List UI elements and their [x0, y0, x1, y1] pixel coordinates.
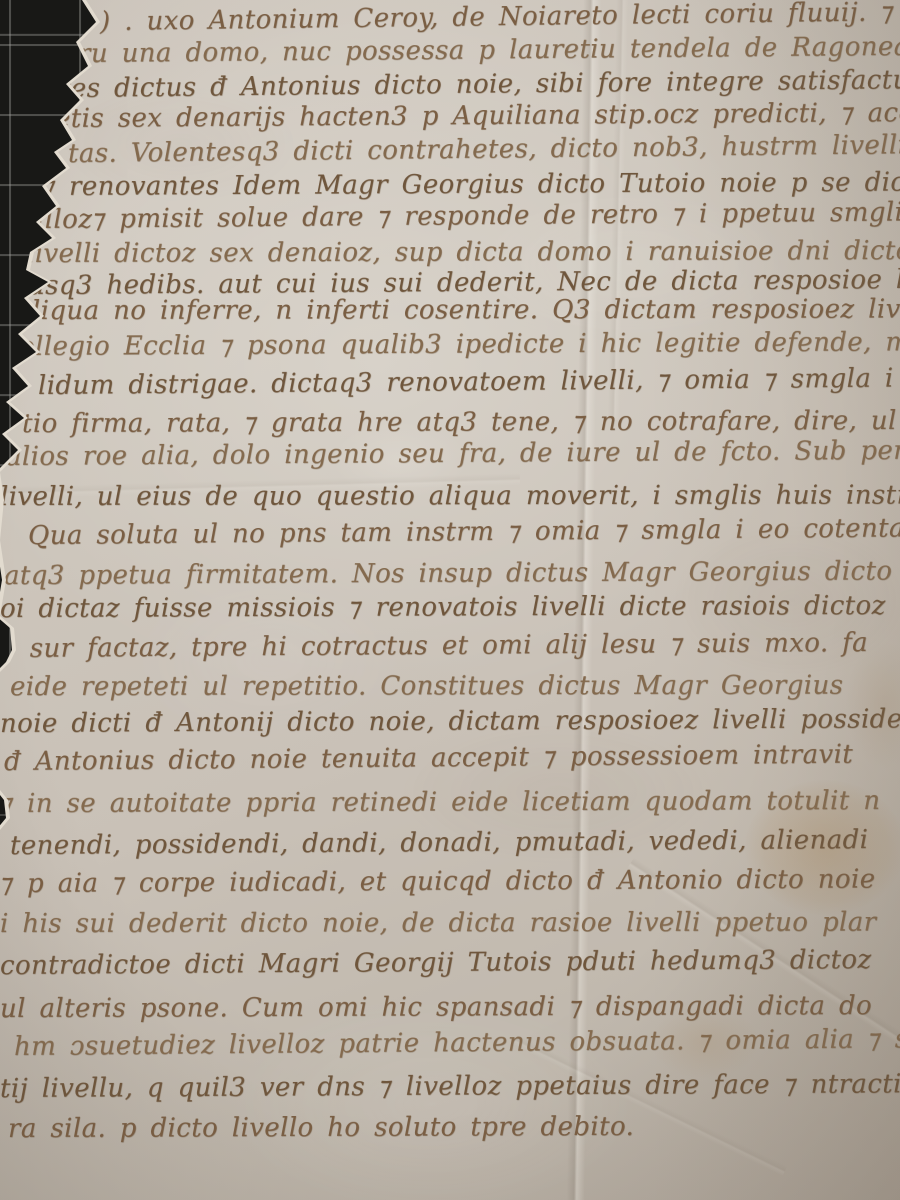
manuscript-line: eide repeteti ul repetitio. Constitues d…	[10, 671, 843, 702]
manuscript-line: tas. Volentesq3 dicti contrahetes, dicto…	[68, 128, 900, 169]
manuscript-line: tes dictus đ Antonius dicto noie, sibi f…	[60, 63, 900, 104]
manuscript-line: ⁊ in se autoitate ppria retinedi eide li…	[0, 786, 880, 819]
manuscript-line: etis sex denarijs hacten3 p Aquiliana st…	[55, 97, 900, 134]
manuscript-line: noie dicti đ Antonij dicto noie, dictam …	[0, 704, 900, 739]
manuscript-line: đ Antonius dicto noie tenuita accepit ⁊ …	[4, 740, 853, 777]
manuscript-line: ru una domo, nuc possessa p lauretiu ten…	[78, 31, 900, 69]
manuscript-line: hm ɔsuetudiez livelloz patrie hactenus o…	[14, 1024, 900, 1062]
manuscript-line: collegio Ecclia ⁊ psona qualib3 ipedicte…	[4, 327, 900, 362]
manuscript-page: ) . uxo Antonium Ceroy, de Noiareto lect…	[0, 0, 900, 1200]
manuscript-line: o sur factaz, tpre hi cotractus et omi a…	[0, 628, 868, 664]
manuscript-line: alios roe alia, dolo ingenio seu fra, de…	[6, 435, 900, 472]
manuscript-line: oi dictaz fuisse missiois ⁊ renovatois l…	[0, 591, 886, 624]
manuscript-line: lidum distrigae. dictaq3 renovatoem live…	[38, 363, 900, 401]
manuscript-line: livelli, ul eius de quo questio aliqua m…	[0, 480, 900, 512]
manuscript-line: contradictoe dicti Magri Georgij Tutois …	[0, 945, 872, 981]
manuscript-line: ra sila. p dicto livello ho soluto tpre …	[8, 1112, 634, 1144]
manuscript-line: ⁊ p aia ⁊ corpe iudicadi, et quicqd dict…	[0, 864, 876, 899]
manuscript-line: atq3 ppetua firmitatem. Nos insup dictus…	[4, 556, 893, 591]
manuscript-line: tio firma, rata, ⁊ grata hre atq3 tene, …	[22, 406, 900, 439]
manuscript-line: ul alteris psone. Cum omi hic spansadi ⁊…	[0, 991, 872, 1024]
manuscript-line: Qua soluta ul no pns tam instrm ⁊ omia ⁊…	[28, 513, 900, 551]
manuscript-line: tenendi, possidendi, dandi, donadi, pmut…	[10, 825, 869, 861]
manuscript-text-block: ) . uxo Antonium Ceroy, de Noiareto lect…	[0, 0, 900, 1200]
manuscript-line: tij livellu, q quil3 ver dns ⁊ livelloz …	[0, 1069, 900, 1104]
manuscript-line: ⁊ renovantes Idem Magr Georgius dicto Tu…	[42, 167, 900, 202]
manuscript-line: ) . uxo Antonium Ceroy, de Noiareto lect…	[100, 0, 900, 37]
manuscript-line: illoz⁊ pmisit solue dare ⁊ responde de r…	[36, 197, 900, 235]
manuscript-line: aliqua no inferre, n inferti cosentire. …	[16, 294, 900, 326]
manuscript-line: i his sui dederit dicto noie, de dicta r…	[0, 907, 876, 939]
manuscript-line: livelli dictoz sex denaioz, sup dicta do…	[26, 236, 900, 269]
